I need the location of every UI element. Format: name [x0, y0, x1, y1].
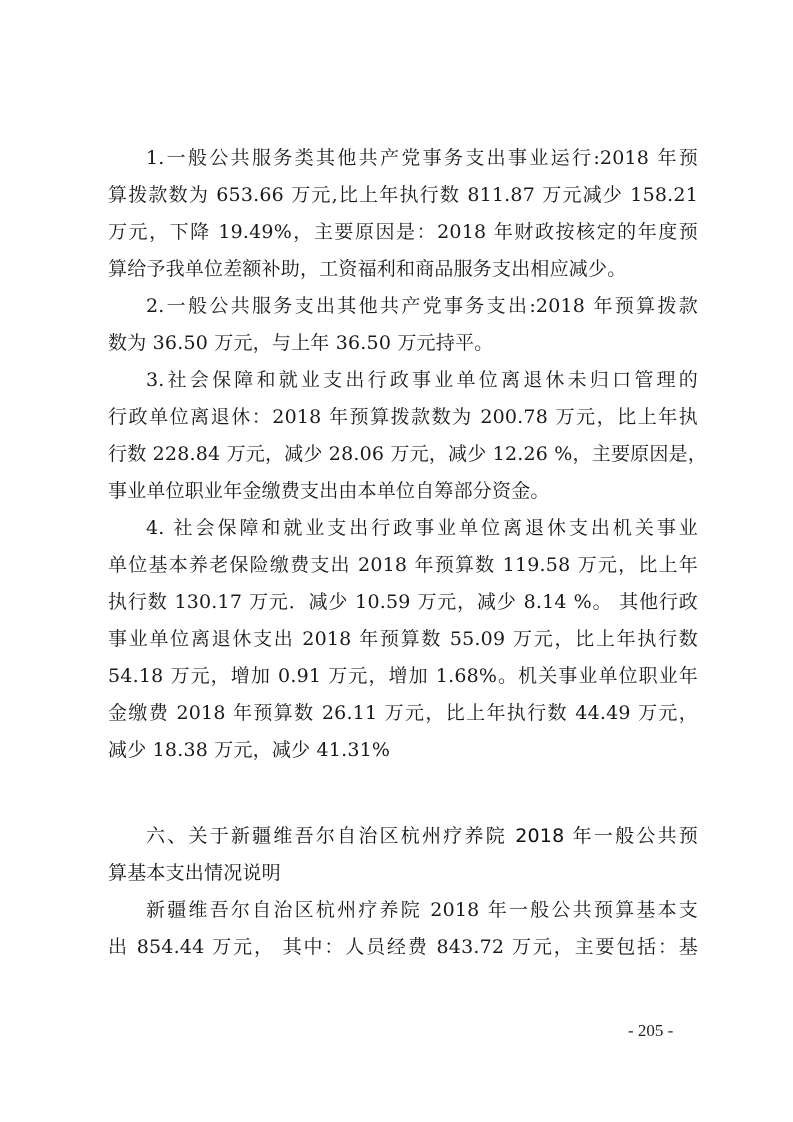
paragraph-2-line-2: 数为 36.50 万元，与上年 36.50 万元持平。	[108, 331, 698, 355]
paragraph-4-line-5: 54.18 万元，增加 0.91 万元，增加 1.68%。机关事业单位职业年	[108, 664, 698, 688]
paragraph-4-line-1: 4. 社会保障和就业支出行政事业单位离退休支出机关事业	[146, 516, 698, 540]
section-heading-line-1: 六、关于新疆维吾尔自治区杭州疗养院 2018 年一般公共预	[146, 824, 698, 848]
paragraph-5-line-1: 新疆维吾尔自治区杭州疗养院 2018 年一般公共预算基本支	[146, 898, 698, 922]
paragraph-3-line-2: 行政单位离退休：2018 年预算拨款数为 200.78 万元，比上年执	[108, 405, 698, 429]
paragraph-3-line-3: 行数 228.84 万元，减少 28.06 万元，减少 12.26 %，主要原因…	[108, 442, 698, 466]
paragraph-3-line-4: 事业单位职业年金缴费支出由本单位自筹部分资金。	[108, 479, 698, 503]
paragraph-1-line-3: 万元，下降 19.49%，主要原因是：2018 年财政按核定的年度预	[108, 220, 698, 244]
paragraph-3-line-1: 3.社会保障和就业支出行政事业单位离退休未归口管理的	[146, 368, 698, 392]
paragraph-4-line-6: 金缴费 2018 年预算数 26.11 万元，比上年执行数 44.49 万元，	[108, 701, 698, 725]
paragraph-4-line-2: 单位基本养老保险缴费支出 2018 年预算数 119.58 万元，比上年	[108, 553, 698, 577]
paragraph-1-line-1: 1.一般公共服务类其他共产党事务支出事业运行:2018 年预	[146, 146, 698, 170]
document-page: 1.一般公共服务类其他共产党事务支出事业运行:2018 年预 算拨款数为 653…	[0, 0, 793, 1122]
paragraph-5-line-2: 出 854.44 万元， 其中：人员经费 843.72 万元，主要包括：基	[108, 935, 698, 959]
paragraph-4-line-7: 减少 18.38 万元，减少 41.31%	[108, 738, 698, 762]
paragraph-1-line-2: 算拨款数为 653.66 万元,比上年执行数 811.87 万元减少 158.2…	[108, 183, 698, 207]
paragraph-1-line-4: 算给予我单位差额补助，工资福利和商品服务支出相应减少。	[108, 257, 698, 281]
section-heading-line-2: 算基本支出情况说明	[108, 861, 698, 885]
paragraph-4-line-4: 事业单位离退休支出 2018 年预算数 55.09 万元，比上年执行数	[108, 627, 698, 651]
page-number: - 205 -	[628, 1021, 673, 1041]
paragraph-2-line-1: 2.一般公共服务支出其他共产党事务支出:2018 年预算拨款	[146, 294, 698, 318]
paragraph-4-line-3: 执行数 130.17 万元．减少 10.59 万元，减少 8.14 %。 其他行…	[108, 590, 698, 614]
